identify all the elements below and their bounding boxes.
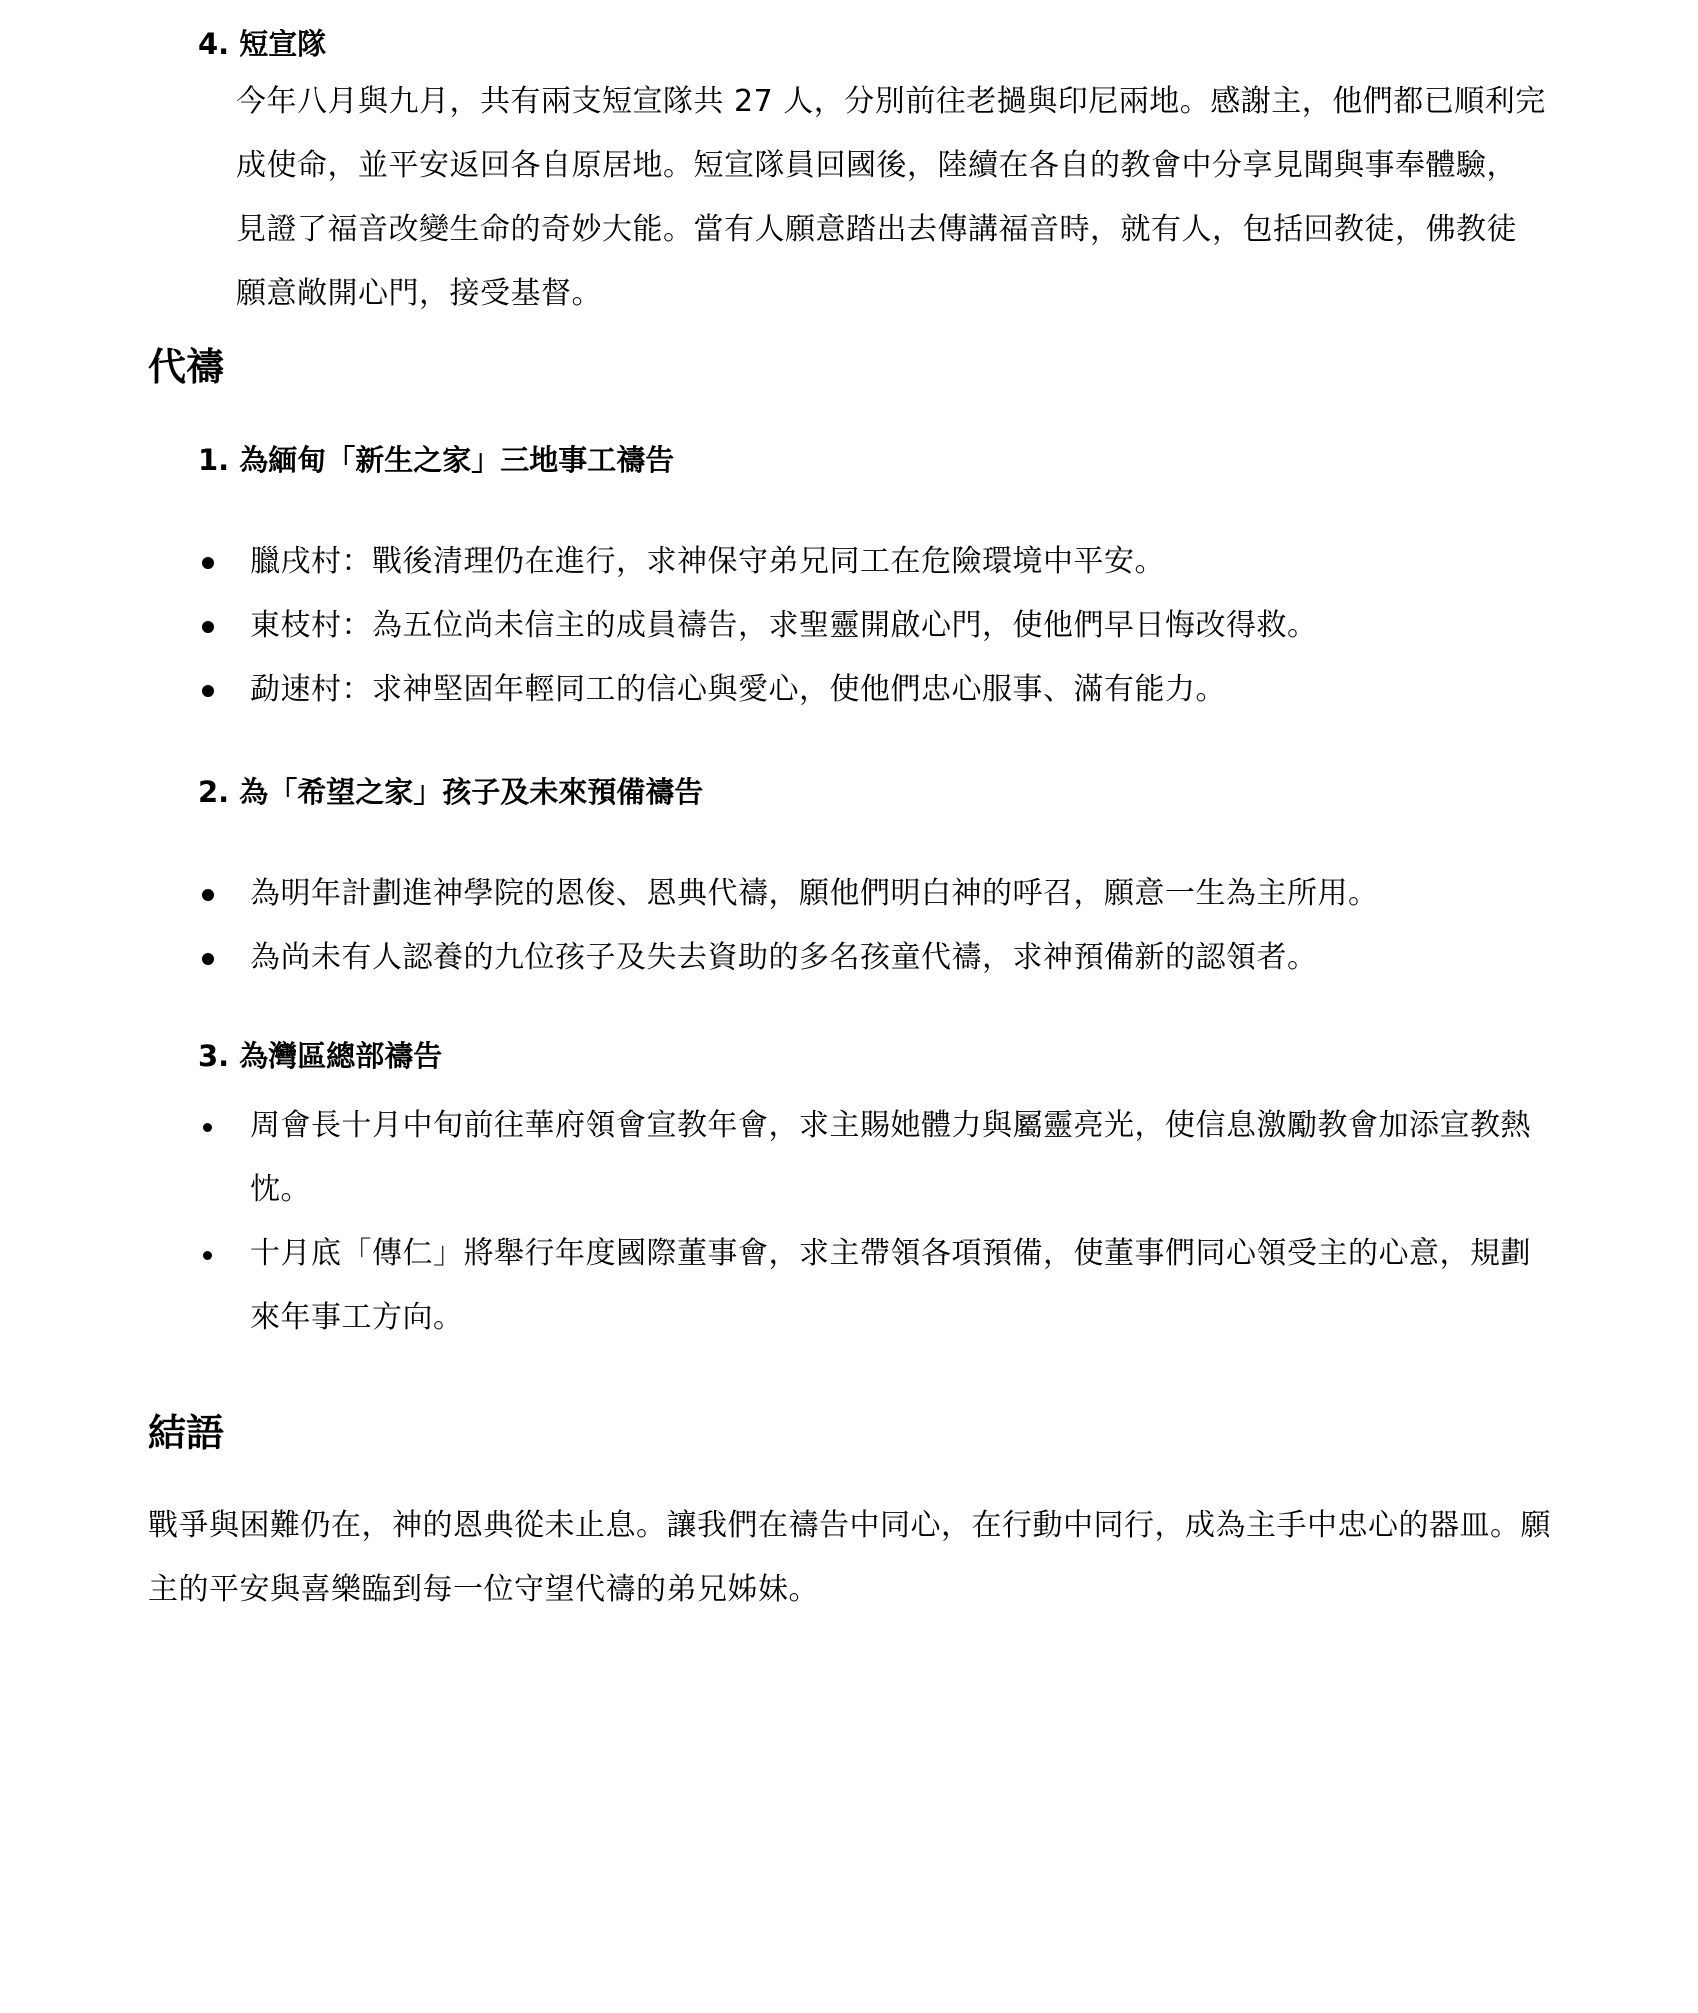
- list-item: 為尚未有人認養的九位孩子及失去資助的多名孩童代禱，求神預備新的認領者。: [198, 926, 1558, 990]
- document-page: 4. 短宣隊 今年八月與九月，共有兩支短宣隊共 27 人，分別前往老撾與印尼兩地…: [0, 0, 1698, 2013]
- prayer-group-2-list: 為明年計劃進神學院的恩俊、恩典代禱，願他們明白神的呼召，願意一生為主所用。 為尚…: [198, 862, 1558, 990]
- bullet-icon: [203, 1251, 212, 1260]
- bullet-icon: [202, 621, 214, 633]
- list-item-text: 勐速村：求神堅固年輕同工的信心與愛心，使他們忠心服事、滿有能力。: [250, 672, 1226, 707]
- list-item-text: 為明年計劃進神學院的恩俊、恩典代禱，願他們明白神的呼召，願意一生為主所用。: [250, 876, 1379, 911]
- list-item-text: 為尚未有人認養的九位孩子及失去資助的多名孩童代禱，求神預備新的認領者。: [250, 940, 1318, 975]
- short-term-team-heading: 4. 短宣隊: [198, 24, 326, 64]
- bullet-icon: [202, 889, 214, 901]
- list-item: 東枝村：為五位尚未信主的成員禱告，求聖靈開啟心門，使他們早日悔改得救。: [198, 594, 1558, 658]
- prayer-group-1-title: 1. 為緬甸「新生之家」三地事工禱告: [198, 440, 674, 480]
- prayer-group-3-list: 周會長十月中旬前往華府領會宣教年會，求主賜她體力與屬靈亮光，使信息激勵教會加添宣…: [198, 1094, 1558, 1350]
- list-item: 為明年計劃進神學院的恩俊、恩典代禱，願他們明白神的呼召，願意一生為主所用。: [198, 862, 1558, 926]
- prayer-group-3-title: 3. 為灣區總部禱告: [198, 1036, 442, 1076]
- bullet-icon: [203, 1123, 212, 1132]
- bullet-icon: [202, 557, 214, 569]
- bullet-icon: [202, 953, 214, 965]
- intercession-heading: 代禱: [148, 342, 224, 392]
- conclusion-heading: 結語: [148, 1408, 224, 1458]
- list-item: 十月底「傳仁」將舉行年度國際董事會，求主帶領各項預備，使董事們同心領受主的心意，…: [198, 1222, 1558, 1350]
- conclusion-paragraph: 戰爭與困難仍在，神的恩典從未止息。讓我們在禱告中同心，在行動中同行，成為主手中忠…: [148, 1494, 1560, 1622]
- bullet-icon: [202, 685, 214, 697]
- list-item-text: 十月底「傳仁」將舉行年度國際董事會，求主帶領各項預備，使董事們同心領受主的心意，…: [250, 1236, 1531, 1335]
- list-item: 臘戌村：戰後清理仍在進行，求神保守弟兄同工在危險環境中平安。: [198, 530, 1558, 594]
- list-item-text: 周會長十月中旬前往華府領會宣教年會，求主賜她體力與屬靈亮光，使信息激勵教會加添宣…: [250, 1108, 1531, 1207]
- list-item: 勐速村：求神堅固年輕同工的信心與愛心，使他們忠心服事、滿有能力。: [198, 658, 1558, 722]
- prayer-group-2-title: 2. 為「希望之家」孩子及未來預備禱告: [198, 772, 703, 812]
- prayer-group-1-list: 臘戌村：戰後清理仍在進行，求神保守弟兄同工在危險環境中平安。 東枝村：為五位尚未…: [198, 530, 1558, 722]
- list-item-text: 東枝村：為五位尚未信主的成員禱告，求聖靈開啟心門，使他們早日悔改得救。: [250, 608, 1318, 643]
- short-term-team-paragraph: 今年八月與九月，共有兩支短宣隊共 27 人，分別前往老撾與印尼兩地。感謝主，他們…: [236, 70, 1546, 326]
- list-item-text: 臘戌村：戰後清理仍在進行，求神保守弟兄同工在危險環境中平安。: [250, 544, 1165, 579]
- list-item: 周會長十月中旬前往華府領會宣教年會，求主賜她體力與屬靈亮光，使信息激勵教會加添宣…: [198, 1094, 1558, 1222]
